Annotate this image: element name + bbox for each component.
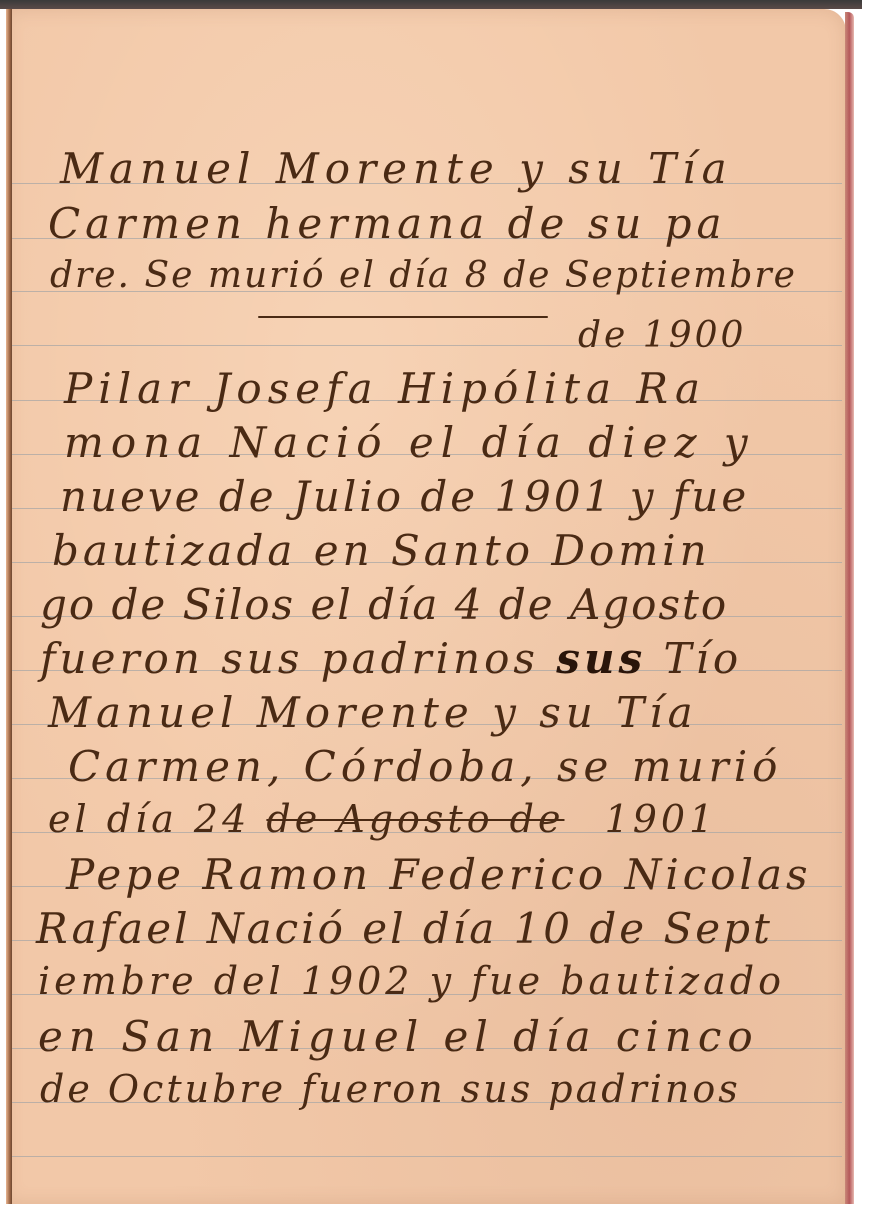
line-tail: 1901 — [605, 797, 718, 841]
struck-text: de Agosto de — [266, 797, 564, 841]
page-binding-edge — [6, 9, 12, 1204]
line-text: fueron sus padrinos — [40, 634, 539, 683]
handwritten-line: mona Nació el día diez y — [64, 422, 755, 464]
handwritten-line: Rafael Nació el día 10 de Sept — [36, 908, 773, 950]
handwritten-line: go de Silos el día 4 de Agosto — [40, 584, 728, 626]
handwritten-line: Manuel Morente y su Tía — [60, 148, 733, 190]
handwritten-line: dre. Se murió el día 8 de Septiembre — [50, 258, 797, 294]
emphasized-word: sus — [556, 634, 646, 683]
handwritten-line: Carmen, Córdoba, se murió — [68, 746, 782, 788]
handwritten-line: de 1900 — [578, 318, 746, 354]
handwritten-line: bautizada en Santo Domin — [52, 530, 711, 572]
handwritten-line: Carmen hermana de su pa — [48, 203, 727, 245]
handwritten-line: fueron sus padrinos sus Tío — [40, 638, 742, 680]
handwritten-line: Pilar Josefa Hipólita Ra — [64, 368, 706, 410]
handwritten-line: en San Miguel el día cinco — [38, 1016, 759, 1058]
underline-stroke — [258, 316, 548, 318]
handwritten-line: Manuel Morente y su Tía — [48, 692, 698, 734]
ruled-line — [12, 1156, 842, 1157]
handwritten-line: de Octubre fueron sus padrinos — [40, 1070, 741, 1108]
line-tail: Tío — [663, 634, 742, 683]
handwritten-line: el día 24 de Agosto de 1901 — [48, 800, 717, 838]
handwritten-line: iembre del 1902 y fue bautizado — [38, 962, 785, 1000]
handwritten-line: Pepe Ramon Federico Nicolas — [66, 854, 812, 896]
scan-top-border — [0, 0, 862, 9]
page-red-edge — [845, 12, 854, 1204]
handwritten-line: nueve de Julio de 1901 y fue — [60, 476, 749, 518]
line-text: el día 24 — [48, 797, 250, 841]
